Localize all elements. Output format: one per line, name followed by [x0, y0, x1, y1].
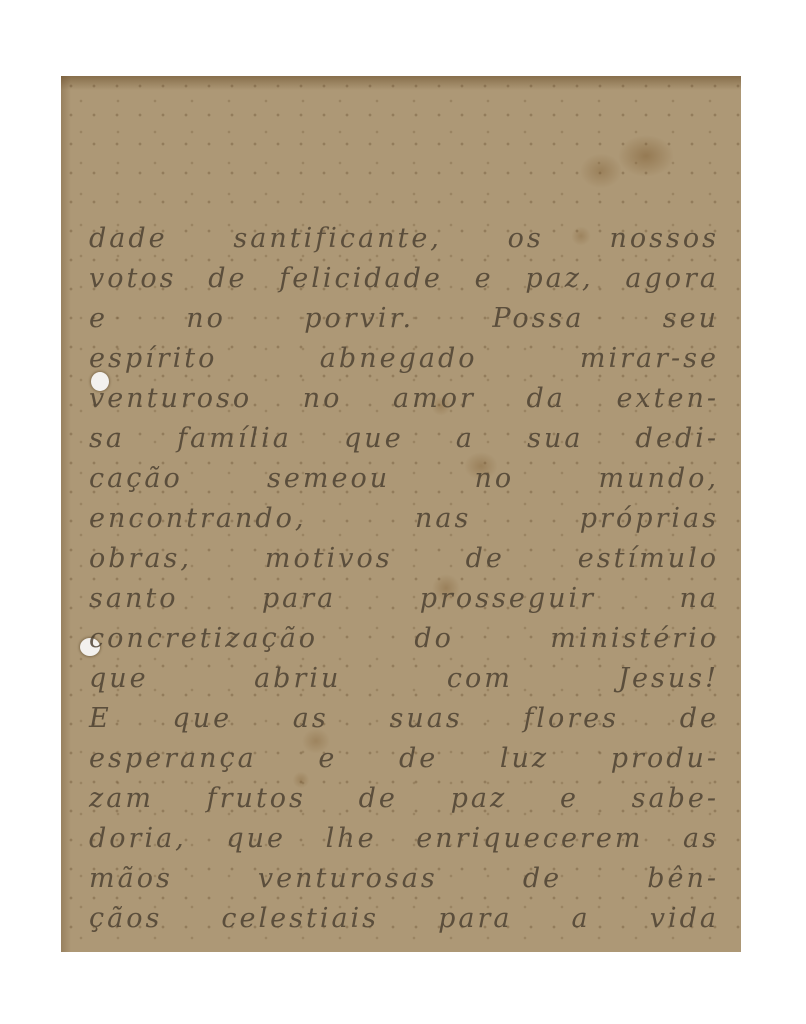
text-line: encontrando, nas próprias [89, 499, 719, 539]
text-line: obras, motivos de estímulo [89, 539, 719, 579]
text-line: doria, que lhe enriquecerem as [89, 819, 719, 859]
text-line: cação semeou no mundo, [89, 459, 719, 499]
text-line: votos de felicidade e paz, agora [89, 259, 719, 299]
text-line: esperança e de luz produ- [89, 739, 719, 779]
text-line: concretização do ministério [89, 619, 719, 659]
text-line: mãos venturosas de bên- [89, 859, 719, 899]
text-line: e no porvir. Possa seu [89, 299, 719, 339]
text-line: que abriu com Jesus! [89, 659, 719, 699]
text-line: zam frutos de paz e sabe- [89, 779, 719, 819]
letter-page: dade santificante, os nossos votos de fe… [61, 76, 741, 952]
handwritten-text: dade santificante, os nossos votos de fe… [89, 219, 719, 939]
text-line: espírito abnegado mirar-se [89, 339, 719, 379]
text-line: çãos celestiais para a vida [89, 899, 719, 939]
text-line: E que as suas flores de [89, 699, 719, 739]
text-line: dade santificante, os nossos [89, 219, 719, 259]
text-line: venturoso no amor da exten- [89, 379, 719, 419]
text-line: sa família que a sua dedi- [89, 419, 719, 459]
text-line: santo para prosseguir na [89, 579, 719, 619]
